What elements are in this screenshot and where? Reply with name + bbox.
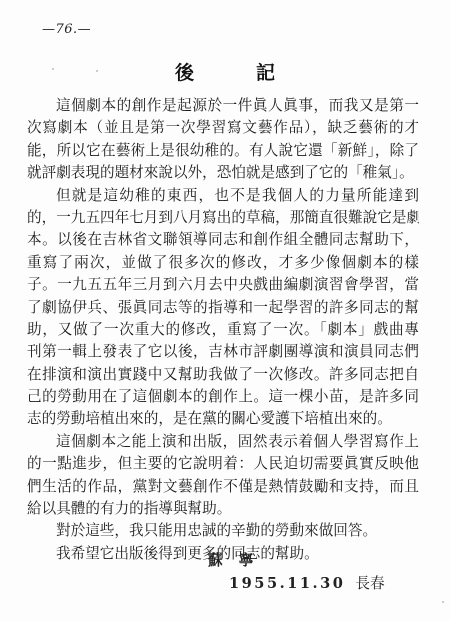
author-signature: 蘇寧 [208,549,269,570]
text-line: 重寫了兩次，並做了很多次的修改，才多少像個劇本的樣 [27,252,419,274]
page-title: 後記 [0,58,450,85]
title-char-2: 記 [256,58,275,85]
text-line: 就評劇表現的題材來說以外，恐怕就是感到了它的「稚氣」。 [27,162,419,184]
text-line: 子。一九五五年三月到六月去中央戲曲編劇演習會學習，當 [27,274,419,296]
text-line: 的，一九五四年七月到八月寫出的草稿，那簡直很難說它是劇 [27,207,419,229]
text-line: 助，又做了一次重大的修改，重寫了一次。「劇本」戲曲專 [27,319,419,341]
page-number: —76.— [42,22,91,37]
text-line: 志的勞動培植出來的，是在黨的關心愛護下培植出來的。 [27,408,419,430]
title-char-1: 後 [175,58,194,85]
text-line: 在排演和演出實踐中又幫助我做了一次修改。許多同志把自 [27,364,419,386]
book-page: —76.— 後記 這個劇本的創作是起源於一件眞人眞事，而我又是第一 次寫劇本（並… [0,0,450,621]
text-line: 次寫劇本（並且是第一次學習寫文藝作品），缺乏藝術的才 [27,117,419,139]
scan-speck [96,70,98,72]
text-line: 的一點進步，但主要的它說明着：人民迫切需要眞實反映他 [27,453,419,475]
dateline: 1955.11.30長春 [229,572,385,593]
scan-speck [52,68,54,70]
text-line: 了劇協伊兵、張眞同志等的指導和一起學習的許多同志的幫 [27,297,419,319]
text-line: 但就是這幼稚的東西，也不是我個人的力量所能達到 [27,185,419,207]
date: 1955.11.30 [229,575,345,592]
text-line: 這個劇本之能上演和出版，固然表示着個人學習寫作上 [27,431,419,453]
text-line: 刊第一輯上發表了它以後，吉林市評劇團導演和演員同志們 [27,341,419,363]
place: 長春 [355,575,384,592]
text-line: 己的勞動用在了這個劇本的創作上。這一棵小苗，是許多同 [27,386,419,408]
text-line: 本。以後在吉林省文聯領導同志和創作組全體同志幫助下， [27,229,419,251]
text-line: 們生活的作品，黨對文藝創作不僅是熱情鼓勵和支持，而且 [27,476,419,498]
text-line: 這個劇本的創作是起源於一件眞人眞事，而我又是第一 [27,95,419,117]
text-line: 給以具體的有力的指導與幫助。 [27,498,419,520]
text-line: 能，所以它在藝術上是很幼稚的。有人說它還「新鮮」，除了 [27,140,419,162]
scan-speck [442,601,444,603]
afterword-body: 這個劇本的創作是起源於一件眞人眞事，而我又是第一 次寫劇本（並且是第一次學習寫文… [27,95,419,565]
text-line: 對於這些，我只能用忠誠的辛勤的勞動來做回答。 [27,520,419,542]
